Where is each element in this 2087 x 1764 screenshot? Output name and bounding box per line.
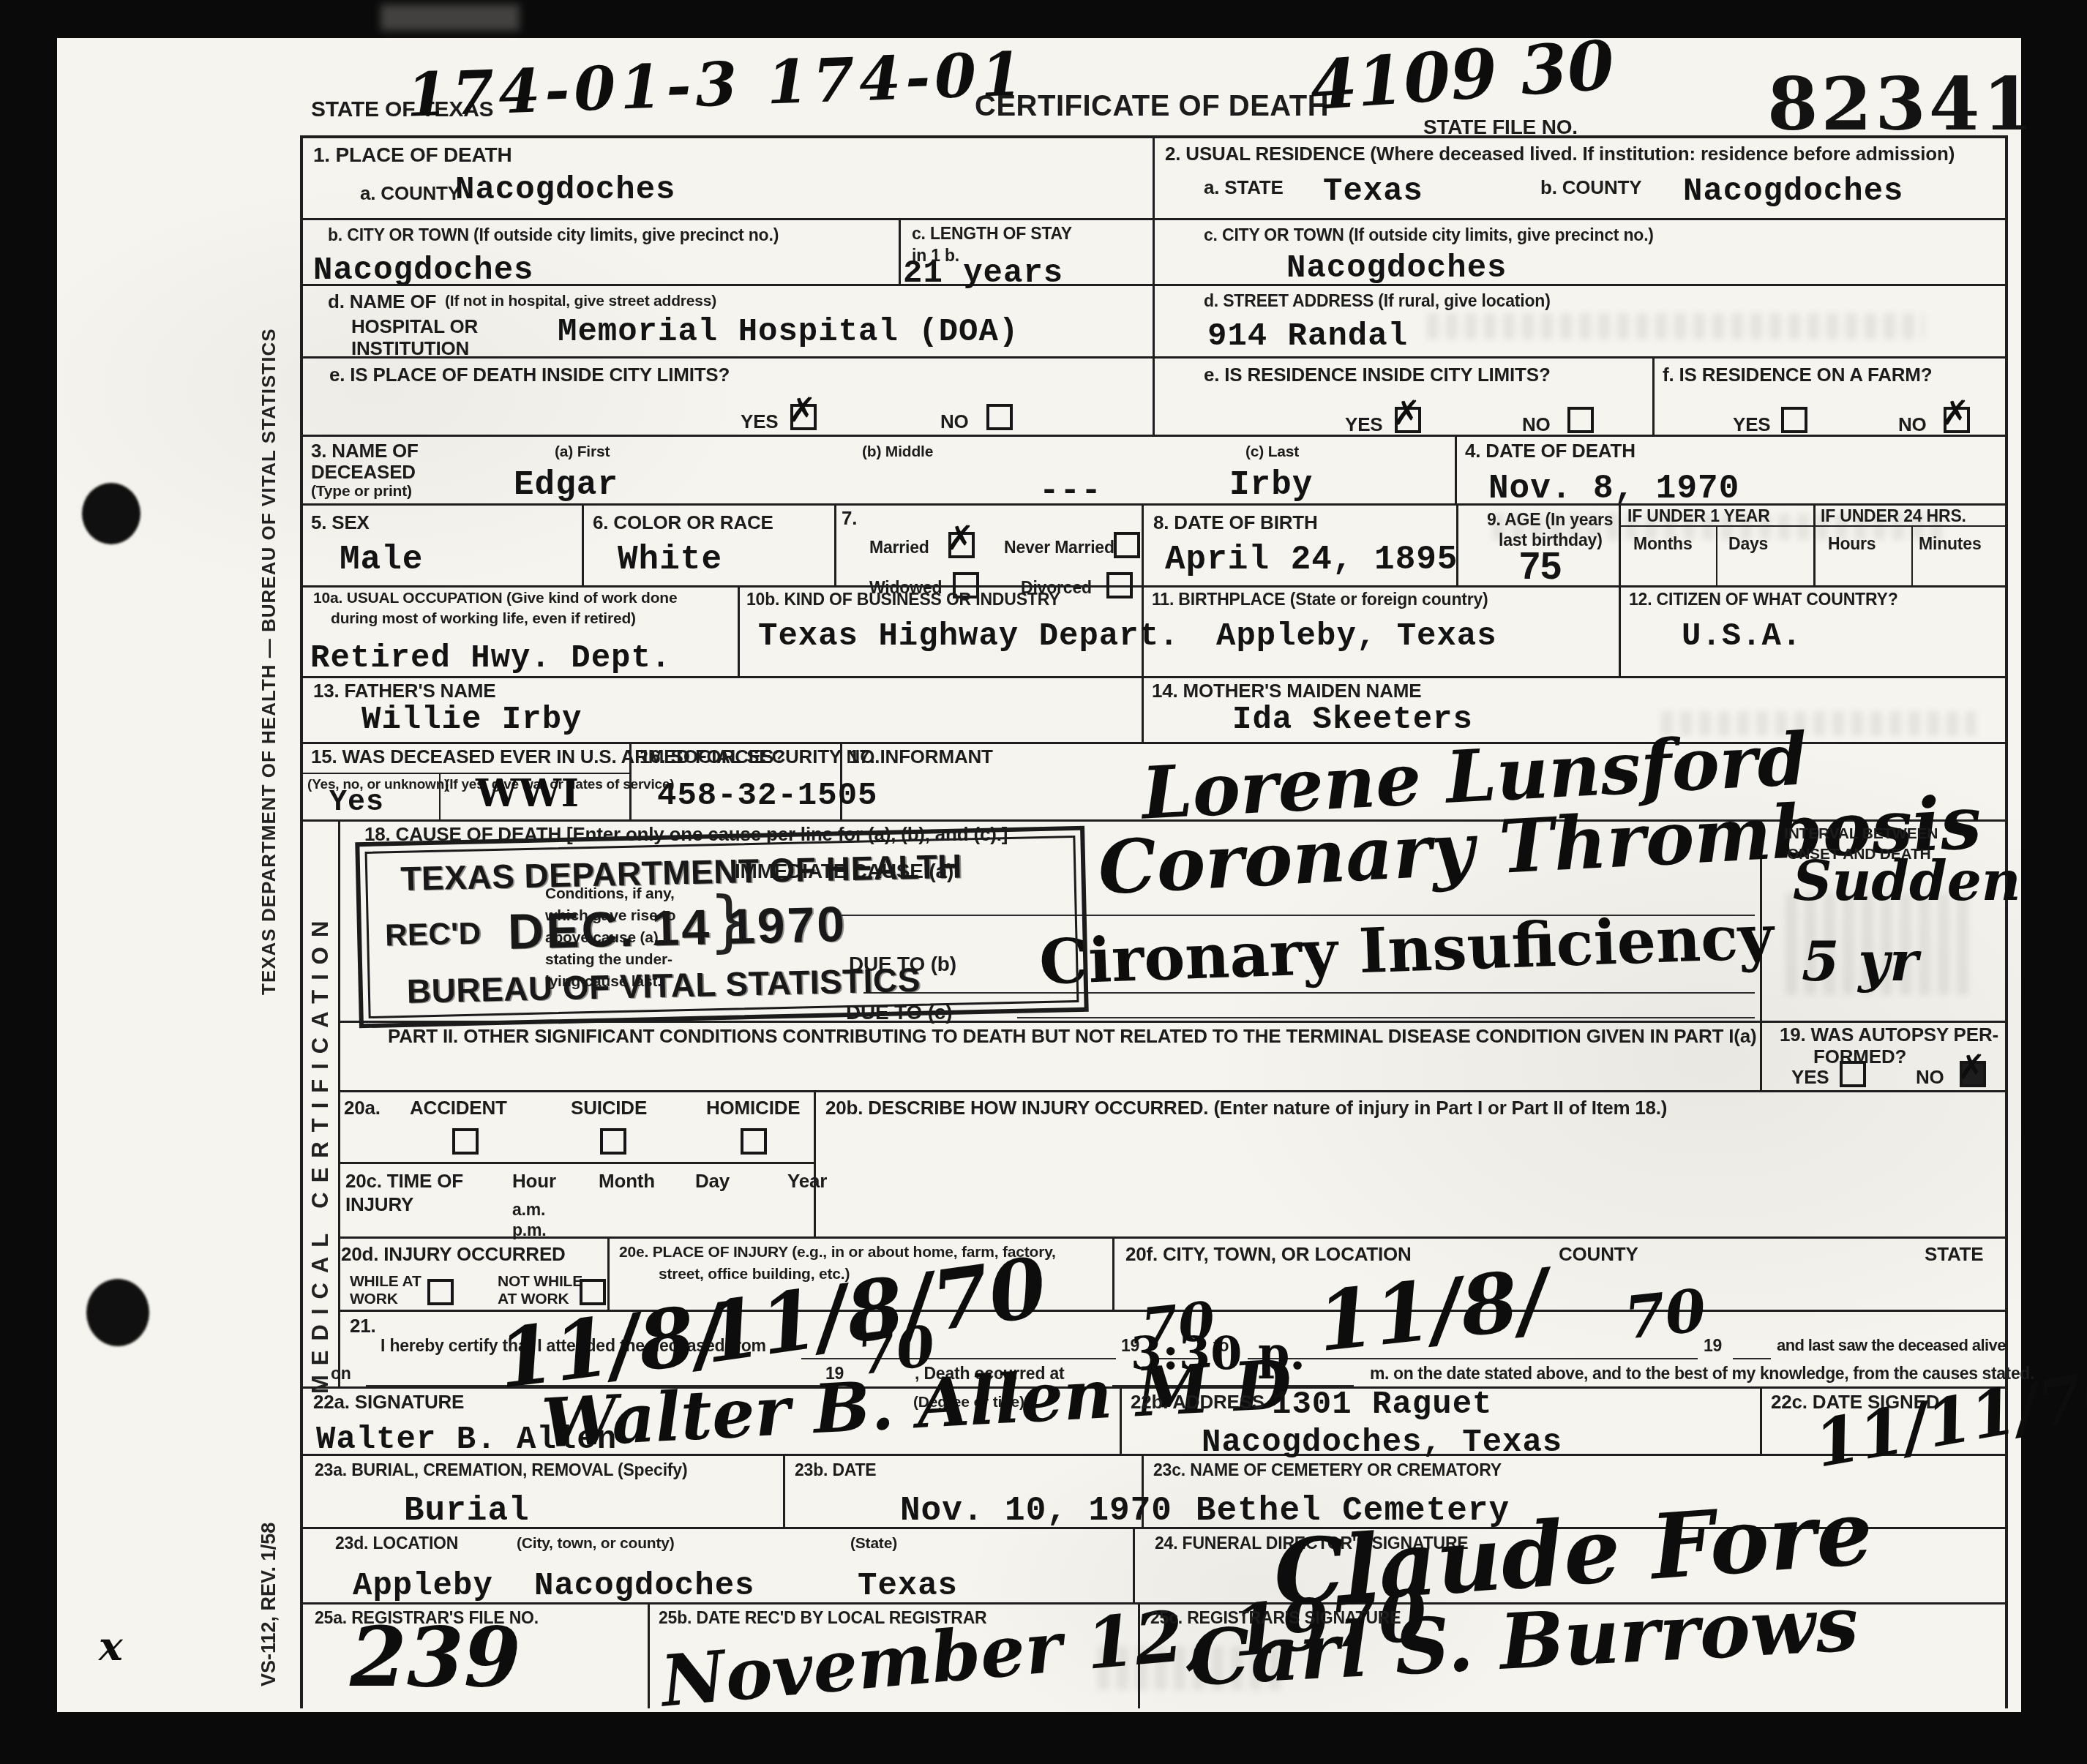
field-1b-value: Nacogdoches xyxy=(313,255,533,287)
field-5-value: Male xyxy=(340,543,423,577)
on-label: on xyxy=(331,1364,351,1383)
pm-label: p.m. xyxy=(512,1220,546,1239)
divider xyxy=(1142,503,1144,585)
field-3a-label: (a) First xyxy=(555,443,610,461)
field-14-value: Ida Skeeters xyxy=(1232,704,1473,736)
field-6-value: White xyxy=(618,543,722,577)
hw-attended-to-date: 11/8/ xyxy=(1314,1263,1551,1360)
checkbox-residence-city-limits-no xyxy=(1567,407,1594,433)
field-1e-label: e. IS PLACE OF DEATH INSIDE CITY LIMITS? xyxy=(329,364,730,386)
divider xyxy=(1911,525,1913,585)
field-20c-label1: 20c. TIME OF xyxy=(345,1171,463,1193)
checkbox-suicide xyxy=(600,1128,626,1155)
field-2a-value: Texas xyxy=(1323,176,1423,208)
divider xyxy=(338,1236,2007,1239)
field-20a-num: 20a. xyxy=(344,1097,381,1119)
divider xyxy=(1813,503,1816,585)
checkbox-divorced xyxy=(1106,572,1133,598)
scan-edge-top xyxy=(0,0,2087,38)
stamp-recd: REC'D xyxy=(385,915,482,953)
checkbox-while-at-work xyxy=(427,1279,454,1305)
field-23d-sub1: (City, town, or county) xyxy=(517,1535,675,1553)
field-23d-sub2: (State) xyxy=(850,1535,897,1553)
divider xyxy=(1142,676,1144,742)
field-1d-label2: HOSPITAL OR xyxy=(351,316,478,338)
field-2f-no-label: NO xyxy=(1898,414,1927,436)
while-at-work-label1: WHILE AT xyxy=(350,1273,421,1291)
field-2a-label: a. STATE xyxy=(1204,177,1284,199)
divider xyxy=(2005,135,2008,1708)
not-while-at-work-label1: NOT WHILE xyxy=(498,1273,582,1291)
field-1c-label: c. LENGTH OF STAY xyxy=(912,224,1072,243)
scan-edge-bottom xyxy=(0,1712,2087,1764)
checkbox-married xyxy=(948,532,975,558)
blank-line xyxy=(1733,1358,1771,1359)
field-1d-paren: (If not in hospital, give street address… xyxy=(445,293,716,310)
field-1a-value: Nacogdoches xyxy=(455,174,675,206)
divider xyxy=(300,135,303,1708)
field-1d-value: Memorial Hospital (DOA) xyxy=(558,316,1019,348)
divider xyxy=(1455,435,1457,503)
medical-certification-vertical-label: MEDICAL CERTIFICATION xyxy=(307,838,334,1394)
hw-year-2: 70 xyxy=(1622,1283,1709,1344)
field-3a-value: Edgar xyxy=(514,468,618,502)
field-23d-value1: Appleby xyxy=(353,1570,493,1602)
field-19-no-label: NO xyxy=(1916,1067,1944,1089)
field-1d-label: d. NAME OF xyxy=(328,291,436,313)
field-2-heading: 2. USUAL RESIDENCE (Where deceased lived… xyxy=(1165,143,1955,165)
divider xyxy=(1716,525,1717,585)
while-at-work-label2: WORK xyxy=(350,1291,398,1308)
interval-a-handwriting: Sudden xyxy=(1793,857,2021,907)
field-11-label: 11. BIRTHPLACE (State or foreign country… xyxy=(1152,590,1488,609)
cause-b-handwriting: Cironary Insuficiency xyxy=(1038,909,1775,991)
received-stamp: TEXAS DEPARTMENT OF HEALTH REC'D DEC. 14… xyxy=(355,826,1089,1029)
divider xyxy=(300,585,2007,588)
divider xyxy=(1112,1236,1114,1310)
field-22b-label: 22b. ADDRESS xyxy=(1131,1392,1264,1414)
bleedthrough xyxy=(1427,313,1925,339)
field-2c-label: c. CITY OR TOWN (If outside city limits,… xyxy=(1204,225,1654,244)
field-20f-label: 20f. CITY, TOWN, OR LOCATION xyxy=(1125,1244,1412,1266)
state-file-number-stamp: 82341 xyxy=(1767,67,2037,140)
divider xyxy=(1652,356,1655,435)
field-5-label: 5. SEX xyxy=(311,512,370,534)
county-column-label: COUNTY xyxy=(1559,1244,1638,1266)
cert-number-handwriting: 4109 30 xyxy=(1308,35,1616,117)
certify-line2-end: m. on the date stated above, and to the … xyxy=(1370,1364,2034,1383)
divider xyxy=(338,819,340,1386)
field-9-label1: 9. AGE (In years xyxy=(1487,510,1613,529)
field-10b-value: Texas Highway Depart. xyxy=(758,620,1180,653)
checkbox-homicide xyxy=(741,1128,767,1155)
field-23a-label: 23a. BURIAL, CREMATION, REMOVAL (Specify… xyxy=(315,1460,687,1479)
field-11-value: Appleby, Texas xyxy=(1216,620,1497,653)
field-1-heading: 1. PLACE OF DEATH xyxy=(313,143,512,167)
divider xyxy=(1153,135,1155,435)
divider xyxy=(899,218,901,284)
field-3-h2: DECEASED xyxy=(311,462,416,484)
field-21-num: 21. xyxy=(350,1316,376,1337)
field-12-value: U.S.A. xyxy=(1682,620,1802,653)
certificate-title: CERTIFICATE OF DEATH xyxy=(975,89,1329,123)
state-column-label: STATE xyxy=(1925,1244,1983,1266)
field-3c-label: (c) Last xyxy=(1245,443,1299,461)
field-2b-label: b. COUNTY xyxy=(1540,177,1641,199)
field-1d-label3: INSTITUTION xyxy=(351,338,469,360)
divider xyxy=(783,1454,785,1527)
field-1e-no-label: NO xyxy=(940,411,969,433)
field-1e-yes-label: YES xyxy=(741,411,778,433)
am-label: a.m. xyxy=(512,1200,545,1219)
divider xyxy=(1133,1527,1135,1602)
scan-edge-right xyxy=(2021,0,2087,1764)
month-label: Month xyxy=(599,1171,655,1193)
divider xyxy=(834,503,836,585)
field-2c-value: Nacogdoches xyxy=(1286,252,1507,285)
field-23c-label: 23c. NAME OF CEMETERY OR CREMATORY xyxy=(1153,1460,1502,1479)
hole-punch xyxy=(86,1279,149,1346)
checkbox-accident xyxy=(452,1128,479,1155)
field-17-label: 17. INFORMANT xyxy=(849,746,993,768)
year-label: Year xyxy=(787,1171,827,1193)
checkbox-place-of-death-city-limits-yes xyxy=(790,404,817,430)
field-4-value: Nov. 8, 1970 xyxy=(1488,472,1739,506)
checkbox-autopsy-yes xyxy=(1840,1061,1866,1087)
field-20c-label2: INJURY xyxy=(345,1194,413,1216)
registrar-codes-handwriting: 174-01-3 174-01 xyxy=(405,48,1027,123)
field-7-label: 7. xyxy=(842,508,857,530)
scan-edge-left xyxy=(0,0,57,1764)
suicide-label: SUICIDE xyxy=(571,1097,647,1119)
field-16-value: 458-32-1505 xyxy=(657,780,877,812)
field-19-yes-label: YES xyxy=(1791,1067,1829,1089)
divider xyxy=(1760,1386,1762,1454)
blank-line xyxy=(1248,1358,1698,1359)
hour-label: Hour xyxy=(512,1171,556,1193)
hole-punch xyxy=(82,483,140,544)
minutes-label: Minutes xyxy=(1919,534,1982,553)
field-3b-value: --- xyxy=(1039,474,1102,508)
under-1-year-header: IF UNDER 1 YEAR xyxy=(1627,506,1770,525)
field-9-value: 75 xyxy=(1519,547,1562,585)
field-12-label: 12. CITIZEN OF WHAT COUNTRY? xyxy=(1629,590,1898,609)
field-15-value2-handwriting: WWI xyxy=(476,777,579,811)
field-7-never-married-label: Never Married xyxy=(1004,538,1114,557)
field-10a-label1: 10a. USUAL OCCUPATION (Give kind of work… xyxy=(313,590,677,607)
field-13-value: Willie Irby xyxy=(361,704,582,736)
divider xyxy=(338,1162,814,1164)
accident-label: ACCIDENT xyxy=(410,1097,507,1119)
checkbox-residence-city-limits-yes xyxy=(1395,407,1421,433)
field-23b-label: 23b. DATE xyxy=(795,1460,877,1479)
field-14-label: 14. MOTHER'S MAIDEN NAME xyxy=(1152,680,1421,702)
field-2d-value: 914 Randal xyxy=(1207,320,1408,353)
field-3c-value: Irby xyxy=(1229,468,1313,502)
under-24-hrs-header: IF UNDER 24 HRS. xyxy=(1821,506,1966,525)
scan-noise xyxy=(381,4,520,31)
divider xyxy=(738,585,740,676)
divider xyxy=(1619,503,1621,585)
field-10a-label2: during most of working life, even if ret… xyxy=(331,610,636,628)
field-23d-value3: Texas xyxy=(858,1570,958,1602)
form-code-vertical-label: VS-112, REV. 1/58 xyxy=(258,1452,280,1686)
agency-vertical-label: TEXAS DEPARTMENT OF HEALTH — BUREAU OF V… xyxy=(258,307,280,995)
field-8-value: April 24, 1895 xyxy=(1165,543,1458,577)
field-16-label: 16. SOCIAL SECURITY NO. xyxy=(640,746,880,768)
field-1b-label: b. CITY OR TOWN (If outside city limits,… xyxy=(328,225,779,244)
months-label: Months xyxy=(1633,534,1693,553)
field-22b-line2: Nacogdoches, Texas xyxy=(1202,1427,1562,1459)
days-label: Days xyxy=(1728,534,1768,553)
field-7-married-label: Married xyxy=(869,538,929,557)
field-10b-label: 10b. KIND OF BUSINESS OR INDUSTRY xyxy=(746,590,1060,609)
field-13-label: 13. FATHER'S NAME xyxy=(313,680,495,702)
field-2f-label: f. IS RESIDENCE ON A FARM? xyxy=(1663,364,1932,386)
field-23a-value: Burial xyxy=(404,1494,530,1528)
divider xyxy=(814,1090,816,1236)
field-15-value1: Yes xyxy=(329,789,384,818)
margin-mark: x xyxy=(99,1628,123,1664)
divider xyxy=(300,773,629,774)
field-1a-label: a. COUNTY xyxy=(360,183,460,205)
field-2b-value: Nacogdoches xyxy=(1683,176,1903,208)
divider xyxy=(338,1090,2007,1092)
field-1c-value: 21 years xyxy=(903,258,1063,290)
field-3-h3: (Type or print) xyxy=(311,483,412,500)
divider xyxy=(582,503,584,585)
checkbox-place-of-death-city-limits-no xyxy=(986,404,1013,430)
field-3-h1: 3. NAME OF xyxy=(311,440,419,462)
day-label: Day xyxy=(695,1171,730,1193)
checkbox-never-married xyxy=(1114,532,1140,558)
field-19-label1: 19. WAS AUTOPSY PER- xyxy=(1780,1024,1998,1046)
interval-label1: INTERVAL BETWEEN xyxy=(1784,825,1938,843)
field-4-label: 4. DATE OF DEATH xyxy=(1465,440,1635,462)
field-3b-label: (b) Middle xyxy=(862,443,933,461)
field-23b-value: Nov. 10, 1970 xyxy=(900,1494,1172,1528)
stamp-date: DEC. 14 1970 xyxy=(507,896,847,960)
homicide-label: HOMICIDE xyxy=(706,1097,800,1119)
cause-c-line xyxy=(1017,1017,1755,1018)
field-2e-yes-label: YES xyxy=(1345,414,1382,436)
field-23d-value2: Nacogdoches xyxy=(534,1570,754,1602)
field-22b-line1: 1301 Raguet xyxy=(1272,1389,1492,1421)
scanned-death-certificate: x TEXAS DEPARTMENT OF HEALTH — BUREAU OF… xyxy=(0,0,2087,1764)
field-20b-label: 20b. DESCRIBE HOW INJURY OCCURRED. (Ente… xyxy=(825,1097,1667,1119)
field-2f-yes-label: YES xyxy=(1733,414,1770,436)
checkbox-autopsy-no xyxy=(1960,1061,1986,1087)
checkbox-residence-farm-yes xyxy=(1781,407,1807,433)
interval-b-handwriting: 5 yr xyxy=(1802,938,1918,987)
divider xyxy=(1619,585,1621,676)
registrar-file-no-handwriting: 239 xyxy=(350,1621,521,1695)
divider xyxy=(648,1602,650,1708)
field-6-label: 6. COLOR OR RACE xyxy=(593,512,773,534)
field-20d-label: 20d. INJURY OCCURRED xyxy=(341,1244,566,1266)
hours-label: Hours xyxy=(1828,534,1876,553)
field-2e-no-label: NO xyxy=(1522,414,1551,436)
certify-line1-end: and last saw the deceased alive xyxy=(1777,1336,2006,1354)
field-8-label: 8. DATE OF BIRTH xyxy=(1153,512,1318,534)
part-2-label: PART II. OTHER SIGNIFICANT CONDITIONS CO… xyxy=(388,1026,1757,1048)
field-2d-label: d. STREET ADDRESS (If rural, give locati… xyxy=(1204,291,1551,310)
field-10a-value: Retired Hwy. Dept. xyxy=(310,642,671,675)
field-2e-label: e. IS RESIDENCE INSIDE CITY LIMITS? xyxy=(1204,364,1551,386)
field-23d-label: 23d. LOCATION xyxy=(335,1534,458,1553)
field-22a-label: 22a. SIGNATURE xyxy=(313,1392,464,1414)
checkbox-residence-farm-no xyxy=(1944,407,1970,433)
